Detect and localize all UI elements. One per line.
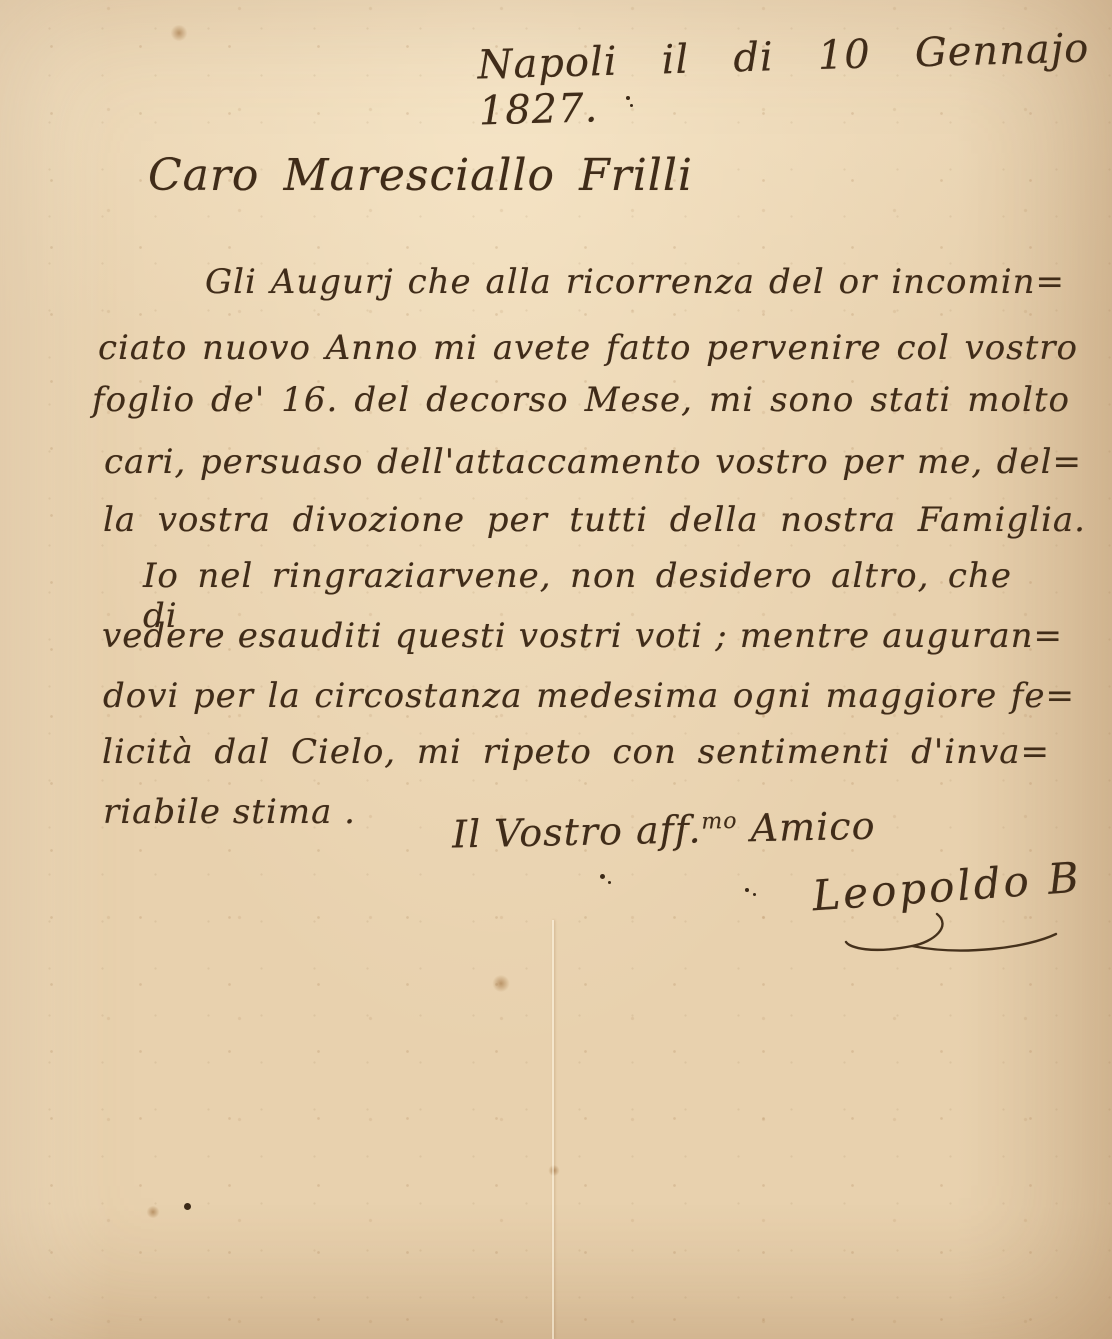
foxing-spot xyxy=(548,1165,560,1176)
body-line-4: cari, persuaso dell'attaccamento vostro … xyxy=(104,442,1082,494)
body-line-1: Gli Augurj che alla ricorrenza del or in… xyxy=(205,262,1065,314)
body-line-6: Io nel ringraziarvene, non desidero altr… xyxy=(143,556,1012,608)
body-line-10: riabile stima . xyxy=(103,792,423,844)
body-line-8: dovi per la circostanza medesima ogni ma… xyxy=(103,676,1075,728)
body-line-7: vedere esauditi questi vostri voti ; men… xyxy=(102,616,1063,668)
ink-dot xyxy=(745,888,749,892)
foxing-spot xyxy=(146,1206,160,1218)
foxing-spot xyxy=(492,975,510,992)
ink-dot xyxy=(626,96,630,100)
ink-dot xyxy=(753,893,756,896)
closing-text-rest: Amico xyxy=(737,804,876,851)
letter-page: Napoli il di 10 Gennajo 1827. Caro Mares… xyxy=(0,0,1112,1339)
body-line-3: foglio de' 16. del decorso Mese, mi sono… xyxy=(92,380,1070,432)
ink-blot xyxy=(184,1203,191,1210)
body-line-9: licità dal Cielo, mi ripeto con sentimen… xyxy=(102,732,1050,784)
body-line-5: la vostra divozione per tutti della nost… xyxy=(103,500,1086,552)
salutation: Caro Maresciallo Frilli xyxy=(148,150,693,201)
fold-crease xyxy=(552,920,554,1339)
ink-dot xyxy=(600,874,605,879)
ink-dot xyxy=(608,881,611,884)
closing-superscript: mo xyxy=(701,809,738,835)
signature: Leopoldo B xyxy=(811,853,1084,921)
closing-line: Il Vostro aff.mo Amico xyxy=(452,803,885,856)
foxing-spot xyxy=(170,25,188,41)
body-line-2: ciato nuovo Anno mi avete fatto pervenir… xyxy=(98,328,1078,380)
closing-text: Il Vostro aff. xyxy=(452,807,702,856)
signature-flourish xyxy=(842,912,1062,960)
dateline: Napoli il di 10 Gennajo 1827. xyxy=(477,25,1091,134)
ink-dot xyxy=(630,104,633,107)
